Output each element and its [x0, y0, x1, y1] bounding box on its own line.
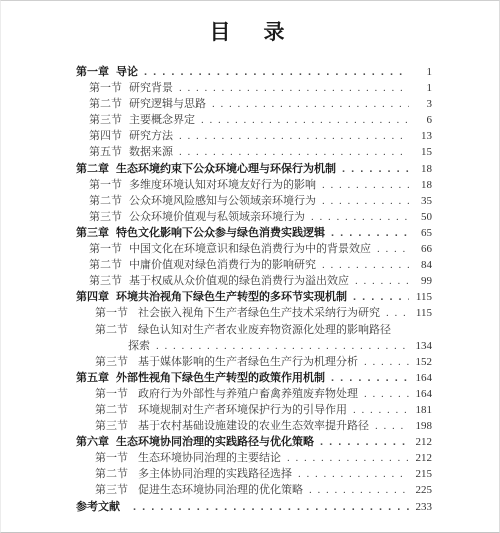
toc-page: 目 录 第一章 导论 . . . . . . . . . . . . . . .… [0, 0, 500, 533]
toc-list: 第一章 导论 . . . . . . . . . . . . . . . . .… [76, 64, 432, 515]
toc-entry: 第三章 特色文化影响下公众参与绿色消费实践逻辑 . . . . . . . . … [76, 225, 432, 241]
entry-title: 特色文化影响下公众参与绿色消费实践逻辑 [116, 225, 325, 241]
entry-label: 第二节 [95, 322, 128, 338]
entry-page: 15 [413, 144, 432, 160]
entry-label: 第一节 [95, 450, 128, 466]
entry-title: 生态环境协同治理的主要结论 [138, 450, 281, 466]
entry-title: 探索 [128, 338, 150, 354]
dot-leader: . . . . . . . . . . . . . . . . . . . . … [364, 386, 409, 402]
entry-title: 多主体协同治理的实践路径选择 [138, 466, 292, 482]
toc-entry: 第一节 社会嵌入视角下生产者绿色生产技术采纳行为研究 . . . . . . .… [95, 305, 432, 321]
entry-page: 18 [413, 177, 432, 193]
dot-leader: . . . . . . . . . . . . . . . . . . . . … [331, 225, 409, 241]
entry-title: 政府行为外部性与养殖户畜禽养殖废弃物处理 [138, 386, 358, 402]
dot-leader: . . . . . . . . . . . . . . . . . . . . … [364, 354, 409, 370]
entry-title: 促进生态环境协同治理的优化策略 [138, 482, 303, 498]
dot-leader: . . . . . . . . . . . . . . . . . . . . … [331, 370, 409, 386]
entry-page: 212 [413, 450, 432, 466]
entry-label: 第二节 [95, 402, 128, 418]
toc-entry: 第三节 基于媒体影响的生产者绿色生产行为机理分析 . . . . . . . .… [95, 354, 432, 370]
dot-leader: . . . . . . . . . . . . . . . . . . . . … [311, 209, 409, 225]
dot-leader: . . . . . . . . . . . . . . . . . . . . … [375, 418, 409, 434]
dot-leader: . . . . . . . . . . . . . . . . . . . . … [353, 289, 409, 305]
dot-leader: . . . . . . . . . . . . . . . . . . . . … [353, 402, 409, 418]
entry-label: 第三节 [89, 209, 122, 225]
dot-leader: . . . . . . . . . . . . . . . . . . . . … [298, 466, 409, 482]
entry-page: 66 [413, 241, 432, 257]
dot-leader: . . . . . . . . . . . . . . . . . . . . … [386, 305, 409, 321]
dot-leader: . . . . . . . . . . . . . . . . . . . . … [322, 193, 409, 209]
toc-entry: 第二节 绿色认知对生产者农业废弃物资源化处理的影响路径 [95, 322, 432, 338]
entry-label: 第三节 [95, 482, 128, 498]
entry-title: 生态环境协同治理的实践路径与优化策略 [116, 434, 314, 450]
entry-title: 外部性视角下绿色生产转型的政策作用机制 [116, 370, 325, 386]
entry-title: 生态环境约束下公众环境心理与环保行为机制 [116, 161, 336, 177]
entry-title: 环境共治视角下绿色生产转型的多环节实现机制 [116, 289, 347, 305]
entry-page: 99 [413, 273, 432, 289]
entry-title: 数据来源 [129, 144, 173, 160]
entry-label: 第一节 [89, 80, 122, 96]
toc-entry: 第五节 数据来源 . . . . . . . . . . . . . . . .… [89, 144, 432, 160]
toc-entry: 第三节 促进生态环境协同治理的优化策略 . . . . . . . . . . … [95, 482, 432, 498]
entry-page: 13 [413, 128, 432, 144]
entry-label: 第二节 [89, 257, 122, 273]
entry-title: 主要概念界定 [129, 112, 195, 128]
toc-entry: 探索 . . . . . . . . . . . . . . . . . . .… [128, 338, 432, 354]
entry-page: 115 [413, 289, 432, 305]
entry-label: 第一章 [76, 64, 109, 80]
entry-label: 第一节 [95, 305, 128, 321]
toc-entry: 第六章 生态环境协同治理的实践路径与优化策略 . . . . . . . . .… [76, 434, 432, 450]
dot-leader: . . . . . . . . . . . . . . . . . . . . … [201, 112, 409, 128]
entry-page: 65 [413, 225, 432, 241]
entry-page: 1 [413, 80, 432, 96]
entry-page: 115 [413, 305, 432, 321]
entry-page: 152 [413, 354, 432, 370]
toc-entry: 第三节 基于农村基础设施建设的农业生态效率提升路径 . . . . . . . … [95, 418, 432, 434]
entry-page: 233 [413, 499, 432, 515]
toc-entry: 第二节 多主体协同治理的实践路径选择 . . . . . . . . . . .… [95, 466, 432, 482]
entry-title: 社会嵌入视角下生产者绿色生产技术采纳行为研究 [138, 305, 380, 321]
dot-leader: . . . . . . . . . . . . . . . . . . . . … [342, 161, 409, 177]
toc-entry: 第三节 主要概念界定 . . . . . . . . . . . . . . .… [89, 112, 432, 128]
toc-entry: 第二节 中庸价值观对绿色消费行为的影响研究 . . . . . . . . . … [89, 257, 432, 273]
entry-page: 35 [413, 193, 432, 209]
entry-page: 18 [413, 161, 432, 177]
entry-label: 第四节 [89, 128, 122, 144]
entry-title: 绿色认知对生产者农业废弃物资源化处理的影响路径 [138, 322, 391, 338]
entry-page: 3 [413, 96, 432, 112]
toc-entry: 参考文献 . . . . . . . . . . . . . . . . . .… [76, 499, 432, 515]
entry-page: 164 [413, 386, 432, 402]
dot-leader: . . . . . . . . . . . . . . . . . . . . … [377, 241, 409, 257]
entry-title: 中庸价值观对绿色消费行为的影响研究 [129, 257, 316, 273]
toc-entry: 第二节 公众环境风险感知与公领域亲环境行为 . . . . . . . . . … [89, 193, 432, 209]
entry-title: 研究背景 [129, 80, 173, 96]
entry-page: 84 [413, 257, 432, 273]
entry-label: 第四章 [76, 289, 109, 305]
dot-leader: . . . . . . . . . . . . . . . . . . . . … [309, 482, 409, 498]
entry-page: 198 [413, 418, 432, 434]
toc-entry: 第三节 公众环境价值观与私领域亲环境行为 . . . . . . . . . .… [89, 209, 432, 225]
entry-page: 225 [413, 482, 432, 498]
dot-leader: . . . . . . . . . . . . . . . . . . . . … [133, 499, 409, 515]
entry-page: 212 [413, 434, 432, 450]
entry-title: 导论 [116, 64, 138, 80]
toc-entry: 第四章 环境共治视角下绿色生产转型的多环节实现机制 . . . . . . . … [76, 289, 432, 305]
toc-entry: 第一节 政府行为外部性与养殖户畜禽养殖废弃物处理 . . . . . . . .… [95, 386, 432, 402]
entry-page: 164 [413, 370, 432, 386]
toc-entry: 第二章 生态环境约束下公众环境心理与环保行为机制 . . . . . . . .… [76, 161, 432, 177]
toc-entry: 第一节 研究背景 . . . . . . . . . . . . . . . .… [89, 80, 432, 96]
entry-label: 第六章 [76, 434, 109, 450]
entry-label: 参考文献 [76, 499, 120, 515]
dot-leader: . . . . . . . . . . . . . . . . . . . . … [355, 273, 409, 289]
entry-page: 6 [413, 112, 432, 128]
toc-entry: 第一节 生态环境协同治理的主要结论 . . . . . . . . . . . … [95, 450, 432, 466]
entry-label: 第二节 [89, 193, 122, 209]
entry-label: 第三节 [95, 354, 128, 370]
entry-label: 第五章 [76, 370, 109, 386]
dot-leader: . . . . . . . . . . . . . . . . . . . . … [287, 450, 409, 466]
entry-page: 215 [413, 466, 432, 482]
entry-title: 基于农村基础设施建设的农业生态效率提升路径 [138, 418, 369, 434]
toc-entry: 第三节 基于权威从众价值观的绿色消费行为溢出效应 . . . . . . . .… [89, 273, 432, 289]
entry-title: 研究逻辑与思路 [129, 96, 206, 112]
toc-entry: 第四节 研究方法 . . . . . . . . . . . . . . . .… [89, 128, 432, 144]
dot-leader: . . . . . . . . . . . . . . . . . . . . … [179, 144, 409, 160]
toc-entry: 第一节 多维度环境认知对环境友好行为的影响 . . . . . . . . . … [89, 177, 432, 193]
entry-label: 第二节 [89, 96, 122, 112]
entry-title: 研究方法 [129, 128, 173, 144]
entry-label: 第五节 [89, 144, 122, 160]
toc-entry: 第一章 导论 . . . . . . . . . . . . . . . . .… [76, 64, 432, 80]
toc-entry: 第二节 环境规制对生产者环境保护行为的引导作用 . . . . . . . . … [95, 402, 432, 418]
toc-entry: 第五章 外部性视角下绿色生产转型的政策作用机制 . . . . . . . . … [76, 370, 432, 386]
toc-entry: 第一节 中国文化在环境意识和绿色消费行为中的背景效应 . . . . . . .… [89, 241, 432, 257]
entry-page: 50 [413, 209, 432, 225]
dot-leader: . . . . . . . . . . . . . . . . . . . . … [322, 177, 409, 193]
dot-leader: . . . . . . . . . . . . . . . . . . . . … [179, 128, 409, 144]
page-title: 目 录 [1, 16, 499, 46]
entry-label: 第一节 [95, 386, 128, 402]
entry-label: 第三节 [95, 418, 128, 434]
toc-entry: 第二节 研究逻辑与思路 . . . . . . . . . . . . . . … [89, 96, 432, 112]
entry-title: 公众环境价值观与私领域亲环境行为 [129, 209, 305, 225]
dot-leader: . . . . . . . . . . . . . . . . . . . . … [144, 64, 409, 80]
entry-title: 基于权威从众价值观的绿色消费行为溢出效应 [129, 273, 349, 289]
entry-title: 多维度环境认知对环境友好行为的影响 [129, 177, 316, 193]
dot-leader: . . . . . . . . . . . . . . . . . . . . … [320, 434, 409, 450]
entry-title: 公众环境风险感知与公领域亲环境行为 [129, 193, 316, 209]
dot-leader: . . . . . . . . . . . . . . . . . . . . … [156, 338, 409, 354]
entry-page: 1 [413, 64, 432, 80]
entry-label: 第一节 [89, 241, 122, 257]
entry-label: 第一节 [89, 177, 122, 193]
entry-page: 181 [413, 402, 432, 418]
dot-leader: . . . . . . . . . . . . . . . . . . . . … [322, 257, 409, 273]
entry-page: 134 [413, 338, 432, 354]
entry-label: 第三节 [89, 112, 122, 128]
entry-title: 中国文化在环境意识和绿色消费行为中的背景效应 [129, 241, 371, 257]
dot-leader: . . . . . . . . . . . . . . . . . . . . … [179, 80, 409, 96]
entry-title: 环境规制对生产者环境保护行为的引导作用 [138, 402, 347, 418]
entry-title: 基于媒体影响的生产者绿色生产行为机理分析 [138, 354, 358, 370]
entry-label: 第三章 [76, 225, 109, 241]
entry-label: 第三节 [89, 273, 122, 289]
entry-label: 第二章 [76, 161, 109, 177]
entry-label: 第二节 [95, 466, 128, 482]
dot-leader: . . . . . . . . . . . . . . . . . . . . … [212, 96, 409, 112]
